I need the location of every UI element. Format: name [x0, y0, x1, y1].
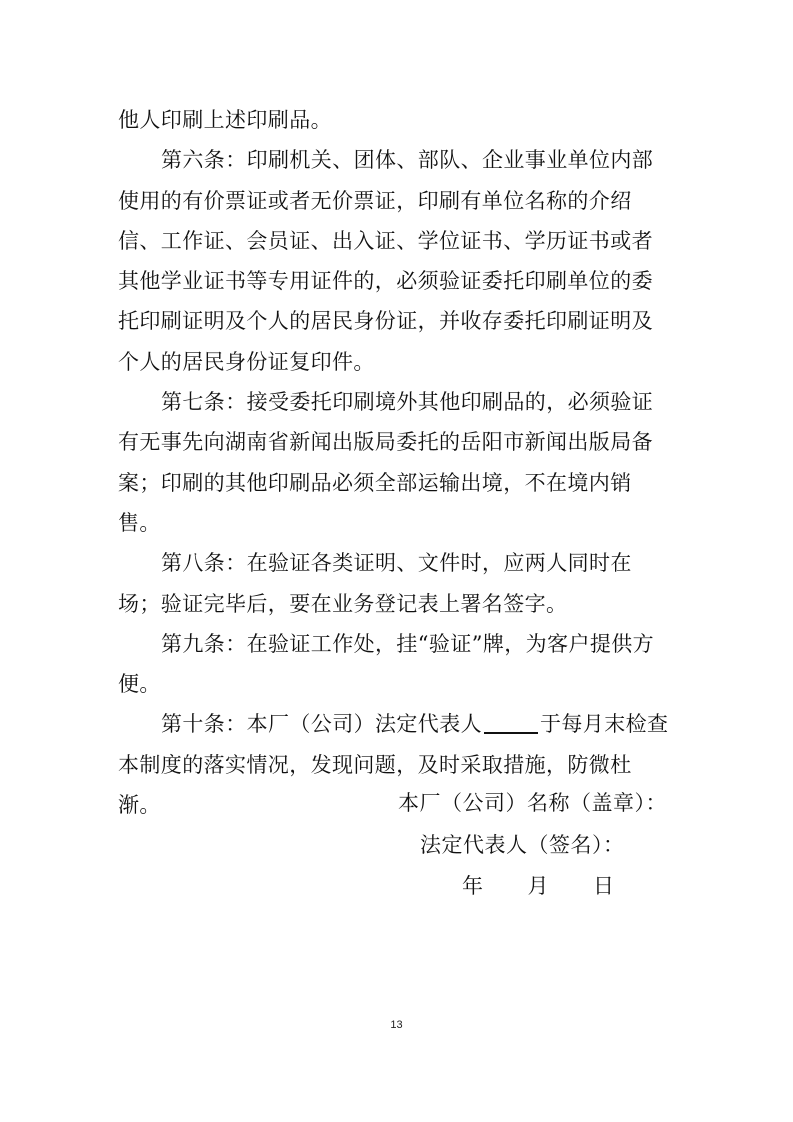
date-day-label: 日 — [593, 870, 615, 900]
page-number: 13 — [0, 1019, 793, 1031]
date-month-label: 月 — [528, 870, 550, 900]
paragraph-article-7: 第七条：接受委托印刷境外其他印刷品的，必须验证有无事先向湖南省新闻出版局委托的岳… — [118, 382, 674, 543]
fill-in-blank-underline — [484, 712, 538, 734]
legal-rep-signature-line: 法定代表人（签名）： — [420, 829, 625, 859]
paragraph-article-8: 第八条：在验证各类证明、文件时，应两人同时在场；验证完毕后，要在业务登记表上署名… — [118, 543, 674, 624]
date-line: 年月日 — [462, 870, 615, 900]
date-year-label: 年 — [462, 870, 484, 900]
paragraph-article-9: 第九条：在验证工作处，挂“验证”牌，为客户提供方便。 — [118, 624, 674, 705]
document-page: 他人印刷上述印刷品。 第六条：印刷机关、团体、部队、企业事业单位内部使用的有价票… — [0, 0, 793, 1122]
paragraph-continuation: 他人印刷上述印刷品。 — [118, 100, 674, 140]
document-body: 他人印刷上述印刷品。 第六条：印刷机关、团体、部队、企业事业单位内部使用的有价票… — [118, 100, 674, 825]
company-seal-line: 本厂（公司）名称（盖章）： — [398, 787, 667, 817]
paragraph-article-6: 第六条：印刷机关、团体、部队、企业事业单位内部使用的有价票证或者无价票证，印刷有… — [118, 140, 674, 382]
article-10-text-start: 第十条：本厂（公司）法定代表人 — [161, 712, 482, 736]
